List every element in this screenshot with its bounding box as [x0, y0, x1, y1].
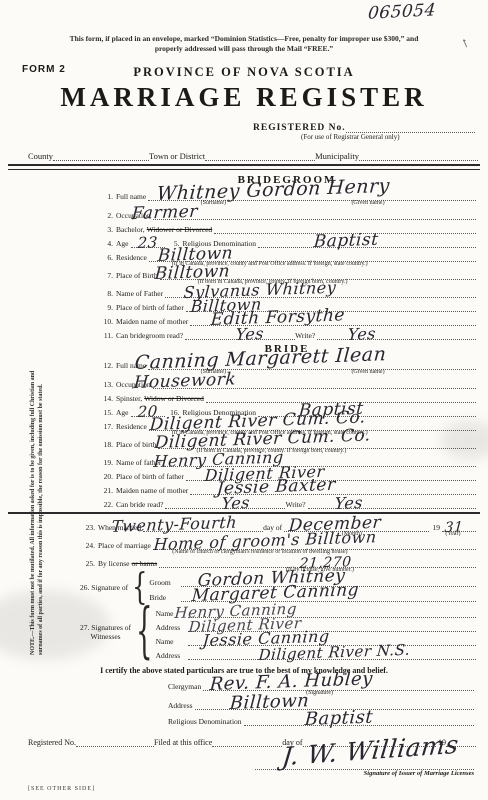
field-place-of-marriage: 24. Place of marriage Home of groom's Bi…: [80, 536, 476, 550]
marriage-rule: [8, 512, 480, 514]
field-clergyman-denomination: Religious Denomination Baptist: [168, 710, 474, 726]
form-number: FORM 2: [22, 64, 66, 75]
filed-line: [212, 736, 282, 747]
field-line: Billtown (If in Canada, province, county…: [149, 248, 476, 262]
registered-no-label: REGISTERED No.: [253, 123, 346, 133]
year-prefix: 19: [433, 523, 441, 532]
field-label: 27. Signatures of Witnesses: [80, 623, 131, 641]
denomination-line: Baptist: [244, 712, 474, 726]
field-line: Diligent River Cum. Co. (If born in Cana…: [158, 435, 476, 449]
read-line: Yes: [185, 326, 295, 340]
day-line: Twenty-Fourth: [143, 518, 263, 532]
field-number: 15.: [98, 408, 113, 417]
address-label: Address: [168, 701, 193, 710]
field-number: 24.: [80, 541, 95, 550]
field-witness-signatures: 27. Signatures of Witnesses { Name Henry…: [80, 604, 476, 660]
field-line: Canning Margarett Ilean (Surname) (Given…: [148, 356, 476, 370]
field-number: 25.: [80, 559, 95, 568]
page-title: MARRIAGE REGISTER: [0, 82, 488, 113]
witness2-address-row: Address Diligent River N.S.: [156, 646, 476, 660]
field-bride-birthplace: 18. Place of birth Diligent River Cum. C…: [98, 435, 476, 449]
write-label: Write?: [295, 331, 315, 340]
brace-glyph: {: [136, 602, 153, 662]
field-number: 13.: [98, 380, 113, 389]
field-number: 12.: [98, 361, 113, 370]
field-number: 14.: [98, 394, 113, 403]
registered-no-note: (For use of Registrar General only): [301, 133, 475, 141]
write-line: Yes: [317, 326, 476, 340]
field-number: 21.: [98, 486, 113, 495]
field-line: Whitney Gordon Henry (Surname) (Given na…: [148, 187, 476, 201]
field-label: Place of Birth: [116, 271, 158, 280]
town-line: [205, 150, 315, 161]
field-label: Can bride read?: [116, 500, 163, 509]
municipality-line: [359, 150, 478, 161]
field-groom-mother: 10. Maiden name of mother Edith Forsythe: [98, 312, 476, 326]
field-bride-occupation: 13. Occupation Housework: [98, 375, 476, 389]
field-number: 10.: [98, 317, 113, 326]
field-groom-full-name: 1. Full name Whitney Gordon Henry (Surna…: [98, 187, 476, 201]
field-number: 23.: [80, 523, 95, 532]
field-clergyman: Clergyman Rev. F. A. Hubley (Signature): [168, 675, 474, 691]
location-line: County Town or District Municipality: [28, 150, 478, 161]
field-label: Maiden name of mother: [116, 317, 188, 326]
field-number: 9.: [98, 303, 113, 312]
field-label: By license: [98, 559, 129, 568]
see-other-side: [SEE OTHER SIDE]: [28, 786, 95, 792]
field-number: 1.: [98, 192, 113, 201]
field-label: Can bridegroom read?: [116, 331, 183, 340]
municipality-label: Municipality: [315, 151, 359, 161]
write-label: Write?: [285, 500, 305, 509]
field-bride-status: 14. Spinster, Widow or Divorced: [98, 389, 476, 403]
mail-note-line1: This form, if placed in an envelope, mar…: [29, 34, 459, 44]
field-line: Edith Forsythe: [190, 312, 476, 326]
town-label: Town or District: [149, 151, 205, 161]
witness2-address-line: Diligent River N.S.: [188, 646, 476, 660]
religion-line: Baptist: [258, 234, 476, 248]
field-number: 27.: [80, 623, 89, 632]
registered-label: Registered No.: [28, 738, 76, 747]
field-label: Age: [116, 408, 129, 417]
clergyman-denomination: Baptist: [304, 707, 374, 730]
address-label: Address: [156, 623, 186, 632]
handwritten-value: Yes: [235, 324, 265, 344]
field-number: 17.: [98, 422, 113, 431]
field-number: 11.: [98, 331, 113, 340]
field-label-line2: Witnesses: [90, 632, 120, 641]
handwritten-value: Yes: [347, 324, 377, 344]
issuer-note: Signature of Issuer of Marriage Licenses: [255, 770, 474, 777]
field-number: 6.: [98, 253, 113, 262]
filed-label: Filed at this office: [154, 738, 212, 747]
field-number: 2.: [98, 211, 113, 220]
field-number: 4.: [98, 239, 113, 248]
registered-no-block: REGISTERED No. (For use of Registrar Gen…: [253, 121, 475, 141]
field-label: Bachelor,: [116, 225, 145, 234]
field-groom-residence: 6. Residence Billtown (If in Canada, pro…: [98, 248, 476, 262]
county-label: County: [28, 151, 53, 161]
registered-line: [76, 736, 154, 747]
field-line: Farmer: [153, 206, 476, 220]
field-number: 3.: [98, 225, 113, 234]
field-groom-status: 3. Bachelor, Widower or Divorced: [98, 220, 476, 234]
bride-signature-line: Margaret Canning: [181, 588, 476, 602]
field-label: Place of birth: [116, 440, 156, 449]
field-number: 18.: [98, 440, 113, 449]
mail-note-line2: properly addressed will pass through the…: [29, 44, 459, 54]
field-label: Maiden name of mother: [116, 486, 188, 495]
field-bride-mother: 21. Maiden name of mother Jessie Baxter: [98, 481, 476, 495]
field-label: Age: [116, 239, 129, 248]
field-number: 19.: [98, 458, 113, 467]
mail-note: This form, if placed in an envelope, mar…: [29, 34, 459, 53]
field-label-text: Signature of: [91, 583, 128, 592]
field-label: Residence: [116, 422, 147, 431]
field-groom-age-religion: 4. Age 23 5. Religious Denomination Bapt…: [98, 234, 476, 248]
name-label: Name: [156, 637, 186, 646]
field-number: 8.: [98, 289, 113, 298]
field-line: Home of groom's Billtown (Name of church…: [153, 536, 476, 550]
field-number: 26.: [80, 583, 89, 592]
field-label: Place of birth of father: [116, 472, 184, 481]
field-label: Place of marriage: [98, 541, 151, 550]
field-number: 20.: [98, 472, 113, 481]
field-bride-full-name: 12. Full name Canning Margarett Ilean (S…: [98, 356, 476, 370]
clergyman-label: Clergyman: [168, 682, 201, 691]
field-label: Name of Father: [116, 289, 163, 298]
year-line: 31 (Year): [442, 518, 476, 532]
field-label: Place of birth of father: [116, 303, 184, 312]
witness1-name-row: Name Henry Canning: [156, 604, 476, 618]
read-line: Yes: [165, 495, 285, 509]
write-line: Yes: [308, 495, 476, 509]
groom-label: Groom: [149, 578, 179, 587]
address-label: Address: [156, 651, 186, 660]
bride-signature-row: Bride Margaret Canning: [149, 587, 476, 602]
province-heading: PROVINCE OF NOVA SCOTIA: [0, 65, 488, 80]
field-number: 22.: [98, 500, 113, 509]
bride-label: Bride: [149, 593, 179, 602]
clergyman-line: Rev. F. A. Hubley (Signature): [203, 677, 474, 691]
field-label: 26. Signature of: [80, 583, 128, 592]
field-groom-occupation: 2. Occupation Farmer: [98, 206, 476, 220]
pen-mark: ✓: [457, 36, 473, 50]
marriage-register-scan: NOTE.—This form must not be mutilated. A…: [0, 0, 488, 800]
field-label-line1: Signatures of: [91, 623, 131, 632]
denomination-label: Religious Denomination: [168, 717, 242, 726]
field-groom-birthplace: 7. Place of Birth Billtown (If born in C…: [98, 266, 476, 280]
field-label: Full name: [116, 192, 146, 201]
field-groom-literacy: 11. Can bridegroom read? Yes Write? Yes: [98, 326, 476, 340]
field-bride-literacy: 22. Can bride read? Yes Write? Yes: [98, 495, 476, 509]
handwritten-value: Yes: [334, 493, 364, 513]
field-line: Housework: [153, 375, 476, 389]
registered-no-line: [346, 121, 475, 133]
field-number: 7.: [98, 271, 113, 280]
header-rule: [8, 164, 480, 170]
field-label: Spinster,: [116, 394, 142, 403]
field-groom-father: 8. Name of Father Sylvanus Whitney: [98, 284, 476, 298]
county-line: [53, 150, 149, 161]
field-label: Residence: [116, 253, 147, 262]
serial-number: 065054: [367, 0, 437, 24]
handwritten-value: Yes: [221, 493, 251, 513]
